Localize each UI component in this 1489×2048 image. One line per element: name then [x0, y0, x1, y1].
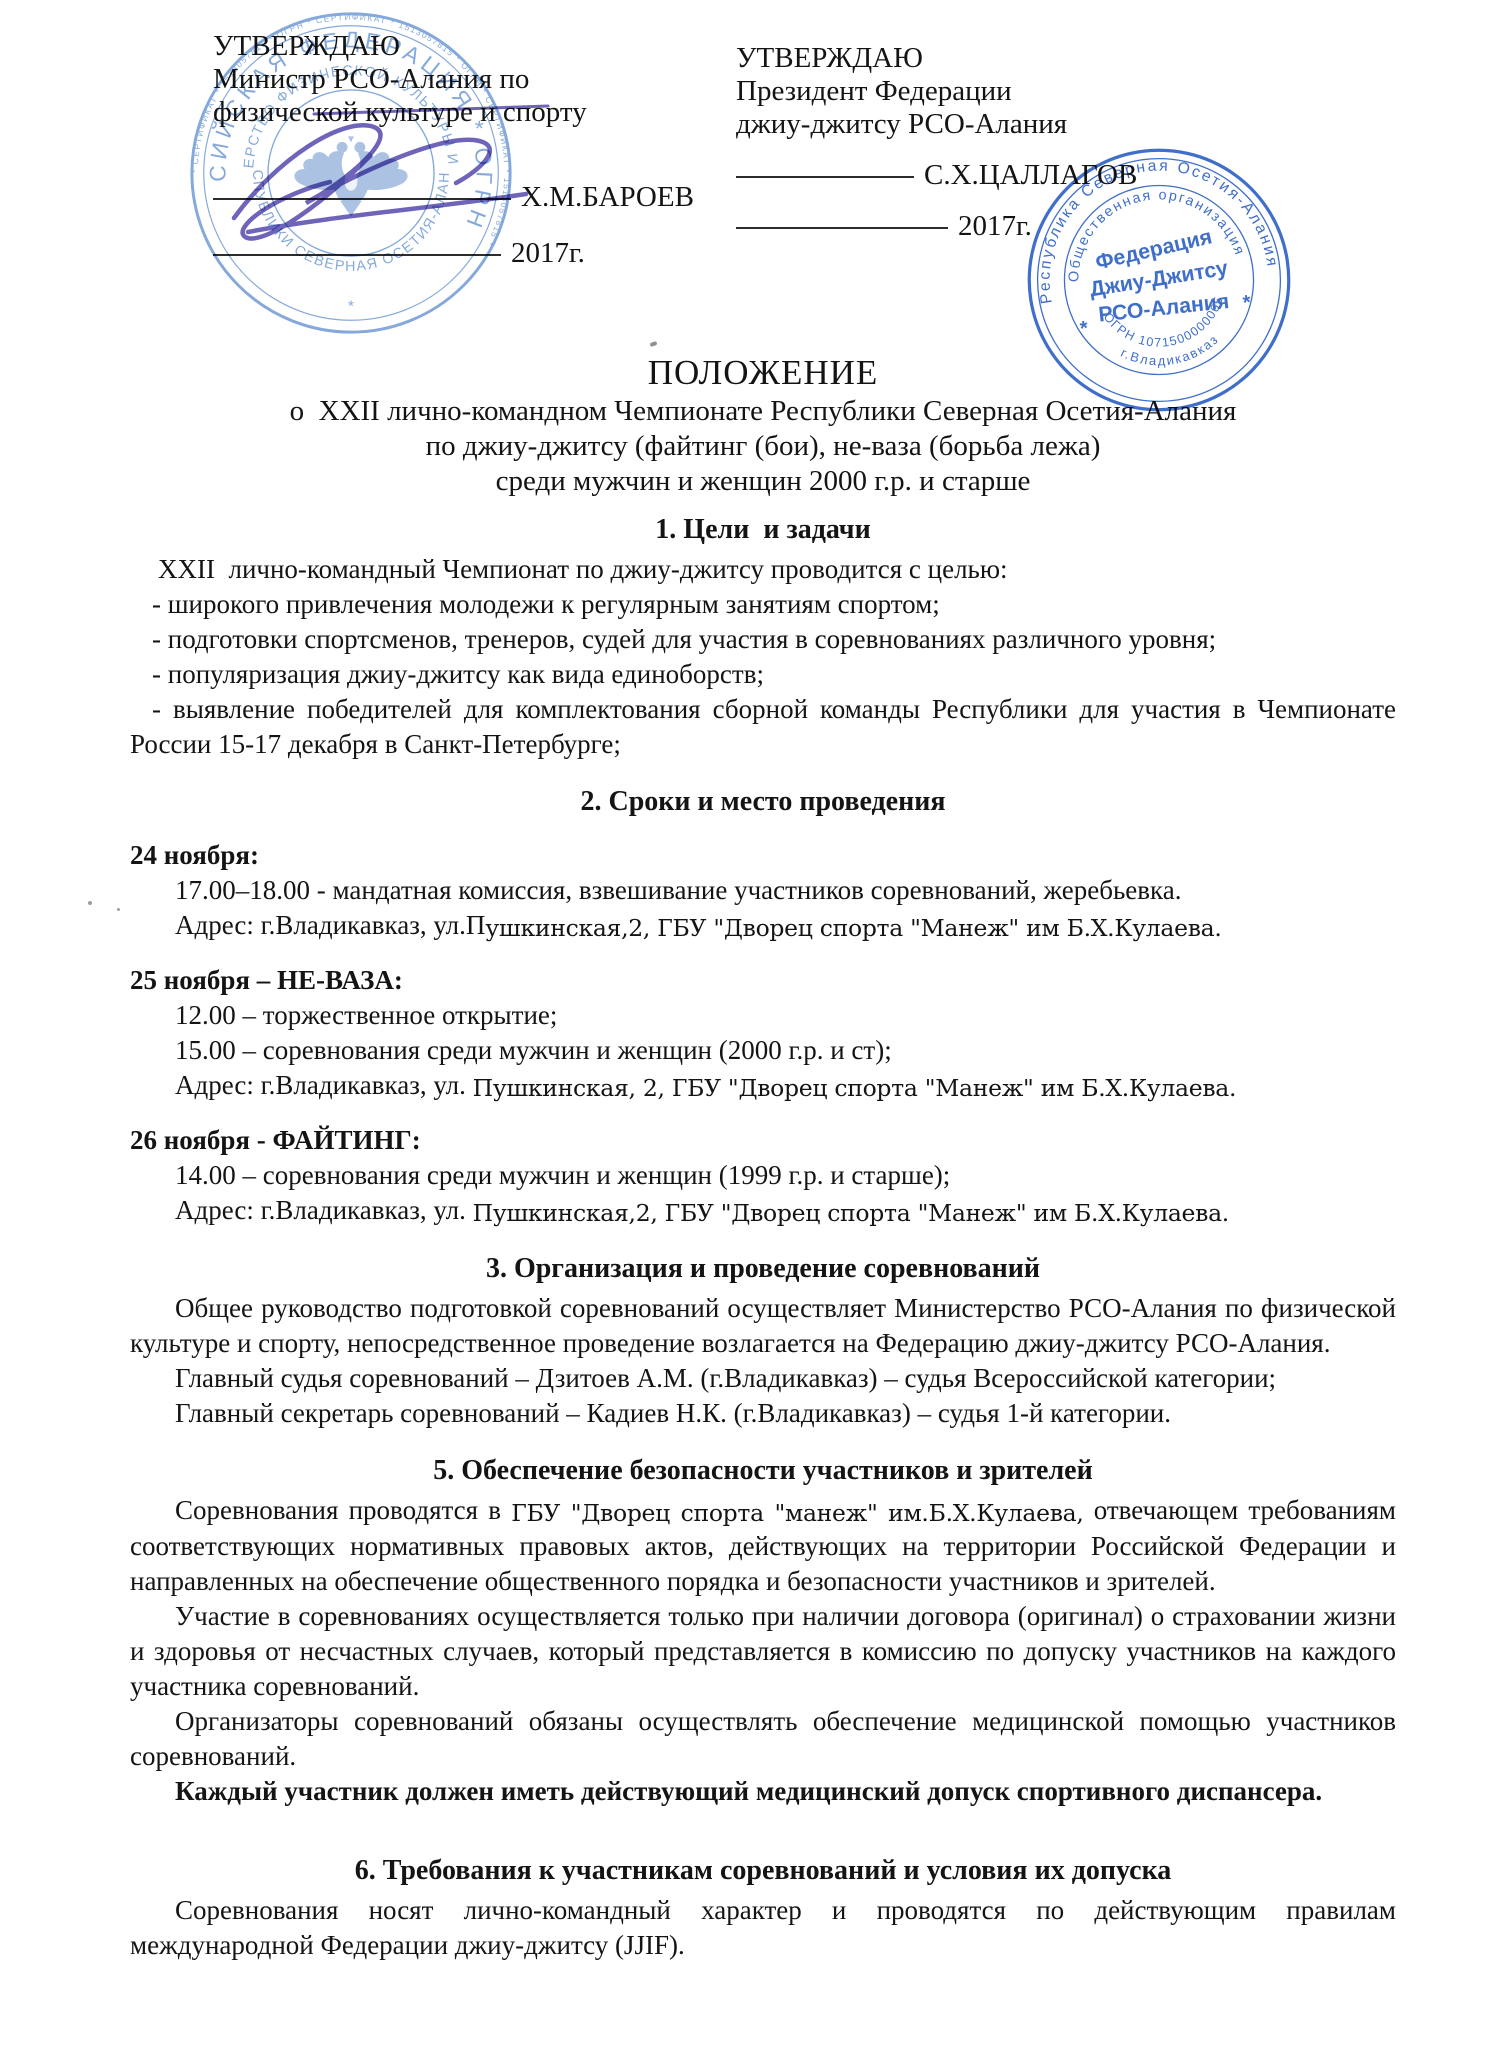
section-1-item: - популяризация джиу-джитсу как вида еди…	[130, 657, 1396, 692]
document-subtitle-2: по джиу-джитсу (файтинг (бои), не-ваза (…	[130, 429, 1396, 464]
section-6-paragraph: Соревнования носят лично-командный харак…	[130, 1893, 1396, 1963]
section-1-item: - подготовки спортсменов, тренеров, суде…	[130, 622, 1396, 657]
section-3-paragraph: Общее руководство подготовкой соревнован…	[130, 1291, 1396, 1361]
approval-right-role-line2: джиу-джитсу РСО-Алания	[736, 108, 1137, 141]
signature-line	[736, 176, 914, 178]
address-patched-text: Пушкинская, 2, ГБУ "Дворец спорта "Манеж…	[473, 1074, 1236, 1102]
chief-secretary-line: Главный секретарь соревнований – Кадиев …	[130, 1396, 1396, 1431]
stamp-star: *	[1241, 292, 1252, 315]
day-2-schedule: 15.00 – соревнования среди мужчин и женщ…	[130, 1033, 1396, 1068]
section-5-paragraph: Участие в соревнованиях осуществляется т…	[130, 1599, 1396, 1704]
section-1-heading: 1. Цели и задачи	[130, 512, 1396, 547]
day-1-title: 24 ноября:	[130, 838, 1396, 873]
section-2-heading: 2. Сроки и место проведения	[130, 784, 1396, 819]
day-2-address: Адрес: г.Владикавказ, ул. Пушкинская, 2,…	[130, 1068, 1396, 1104]
medical-clearance-notice: Каждый участник должен иметь действующий…	[130, 1774, 1396, 1809]
approval-right-title: УТВЕРЖДАЮ	[736, 42, 1137, 75]
address-text: Адрес: г.Владикавказ, ул.	[175, 1195, 473, 1225]
section-1-item: - широкого привлечения молодежи к регуля…	[130, 587, 1396, 622]
section-3-heading: 3. Организация и проведение соревнований	[130, 1251, 1396, 1286]
signature-ink	[218, 96, 568, 266]
section-5-paragraph: Организаторы соревнований обязаны осущес…	[130, 1704, 1396, 1774]
document-page: УТВЕРЖДАЮ Министр РСО-Алания по физическ…	[0, 0, 1489, 2048]
day-2-schedule: 12.00 – торжественное открытие;	[130, 998, 1396, 1033]
federation-stamp: Республика Северная Осетия-Алания Общест…	[1000, 121, 1318, 439]
stamp-star: *	[348, 298, 354, 315]
address-text: Адрес: г.Владикавказ, ул.	[175, 1070, 473, 1100]
date-line	[736, 227, 948, 229]
scan-artifact	[88, 901, 92, 905]
day-1-address: Адрес: г.Владикавказ, ул.Пушкинская,2, Г…	[130, 908, 1396, 944]
approval-right-role-line1: Президент Федерации	[736, 75, 1137, 108]
stamp-star: *	[1079, 317, 1090, 340]
venue-patched-text: ГБУ "Дворец спорта "манеж" им.Б.Х.Кулаев…	[511, 1499, 1083, 1527]
section-5-paragraph: Соревнования проводятся в ГБУ "Дворец сп…	[130, 1493, 1396, 1599]
section-5-heading: 5. Обеспечение безопасности участников и…	[130, 1453, 1396, 1488]
section-1-item: - выявление победителей для комплектован…	[130, 692, 1396, 762]
scan-artifact	[117, 908, 120, 911]
day-3-title: 26 ноября - ФАЙТИНГ:	[130, 1123, 1396, 1158]
day-3-address: Адрес: г.Владикавказ, ул. Пушкинская,2, …	[130, 1193, 1396, 1229]
section-1-intro: XXII лично-командный Чемпионат по джиу-д…	[130, 552, 1396, 587]
address-text: Адрес: г.Владикавказ, ул.П	[175, 910, 485, 940]
section-6-heading: 6. Требования к участникам соревнований …	[130, 1853, 1396, 1888]
venue-text: Соревнования проводятся в	[175, 1495, 511, 1525]
scan-artifact	[650, 341, 658, 347]
day-2-title: 25 ноября – НЕ-ВАЗА:	[130, 963, 1396, 998]
document-body: ПОЛОЖЕНИЕ о XXII лично-командном Чемпион…	[130, 352, 1396, 1963]
document-subtitle-3: среди мужчин и женщин 2000 г.р. и старше	[130, 464, 1396, 499]
chief-judge-line: Главный судья соревнований – Дзитоев А.М…	[130, 1361, 1396, 1396]
address-patched-text: ушкинская,2, ГБУ "Дворец спорта "Манеж" …	[485, 914, 1221, 942]
day-1-schedule: 17.00–18.00 - мандатная комиссия, взвеши…	[130, 873, 1396, 908]
address-patched-text: Пушкинская,2, ГБУ "Дворец спорта "Манеж"…	[473, 1199, 1229, 1227]
day-3-schedule: 14.00 – соревнования среди мужчин и женщ…	[130, 1158, 1396, 1193]
